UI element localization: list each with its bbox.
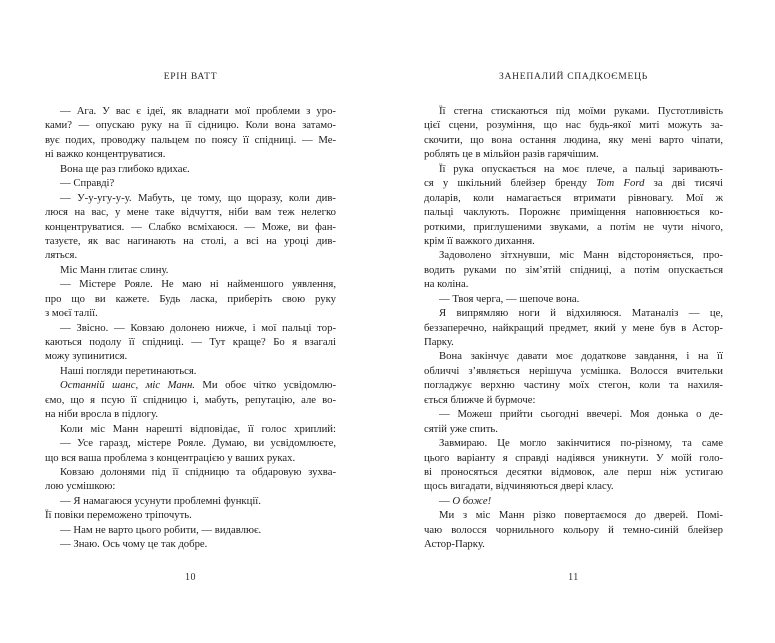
text-line: — Справді?: [45, 176, 336, 190]
page-right: ЗАНЕПАЛИЙ СПАДКОЄМЕЦЬ Її стегна стискают…: [424, 0, 723, 643]
text-line: Останній шанс, міс Манн. Ми обоє чітко у…: [45, 378, 336, 392]
text-line: пальці чаклують. Порожнє приміщення напо…: [424, 205, 723, 219]
text-line: — Містере Рояле. Не маю ні найменшого уя…: [45, 277, 336, 291]
text-line: — Твоя черга, — шепоче вона.: [424, 292, 723, 306]
page-left-text-block: — Ага. У вас є ідеї, як владнати мої про…: [45, 104, 336, 552]
text-line: роблять це в мільйон разів гарячішим.: [424, 147, 723, 161]
text-line: тазуєте, як вас нагинають на столі, а вс…: [45, 234, 336, 248]
text-line: ємо, що я псую її спідницю і, мабуть, ре…: [45, 393, 336, 407]
text-line: — Усе гаразд, містере Рояле. Думаю, ви у…: [45, 436, 336, 450]
text-line: водить руками по зім’ятій спідниці, а по…: [424, 263, 723, 277]
book-spread: ЕРІН ВАТТ — Ага. У вас є ідеї, як владна…: [0, 0, 775, 643]
page-left: ЕРІН ВАТТ — Ага. У вас є ідеї, як владна…: [45, 0, 336, 643]
text-line: Ковзаю долонями під її спідницю та обдар…: [45, 465, 336, 479]
text-line: Її повіки переможено тріпочуть.: [45, 508, 336, 522]
text-line: ся у шкільний блейзер бренду Tom Ford за…: [424, 176, 723, 190]
text-line: вує подих, проводжу пальцем по поясу її …: [45, 133, 336, 147]
text-line: каються подолу її спідниці. — Тут краще?…: [45, 335, 336, 349]
text-line: Я випрямляю ноги й відхиляюся. Матаналіз…: [424, 306, 723, 320]
text-line: — Ага. У вас є ідеї, як владнати мої про…: [45, 104, 336, 118]
text-line: беззаперечно, найкращий предмет, який у …: [424, 321, 723, 335]
text-line: — Нам не варто цього робити, — видавлює.: [45, 523, 336, 537]
text-line: на ніби вросла в підлогу.: [45, 407, 336, 421]
text-line: ляться.: [45, 248, 336, 262]
text-line: — Звісно. — Ковзаю долонею нижче, і мої …: [45, 321, 336, 335]
page-right-text-block: Її стегна стискаються під моїми руками. …: [424, 104, 723, 552]
text-line: — Можеш прийти сьогодні ввечері. Моя дон…: [424, 407, 723, 421]
text-line: Її стегна стискаються під моїми руками. …: [424, 104, 723, 118]
text-line: роткими, приглушеними звуками, а потім н…: [424, 220, 723, 234]
text-line: ками? — опускаю руку на її сідницю. Коли…: [45, 118, 336, 132]
running-header-title: ЗАНЕПАЛИЙ СПАДКОЄМЕЦЬ: [424, 71, 723, 82]
text-line: ні важко концентруватися.: [45, 147, 336, 161]
text-line: лою усмішкою:: [45, 479, 336, 493]
text-line: Задоволено зітхнувши, міс Манн відсторон…: [424, 248, 723, 262]
text-line: щось вигадати, відчиняються двері класу.: [424, 479, 723, 493]
text-line: ється ближче й бурмоче:: [424, 393, 723, 407]
text-line: — Я намагаюся усунути проблемні функції.: [45, 494, 336, 508]
text-line: концентруватися. — Слабко всміхаюся. — М…: [45, 220, 336, 234]
text-line: Вона закінчує давати моє додаткове завда…: [424, 349, 723, 363]
text-line: Парку.: [424, 335, 723, 349]
text-line: сятій уже спить.: [424, 422, 723, 436]
text-line: — У-у-угу-у-у. Мабуть, це тому, що щораз…: [45, 191, 336, 205]
page-number-right: 11: [424, 572, 723, 583]
text-line: Вона ще раз глибоко вдихає.: [45, 162, 336, 176]
text-line: на коліна.: [424, 277, 723, 291]
text-line: крім її важкого дихання.: [424, 234, 723, 248]
text-line: Астор-Парку.: [424, 537, 723, 551]
text-line: обличчі з’являється нерішуча усмішка. Во…: [424, 364, 723, 378]
text-line: Завмираю. Це могло закінчитися по-різном…: [424, 436, 723, 450]
text-line: цього варіанту я справді надіявся уникну…: [424, 451, 723, 465]
text-line: можу зупинитися.: [45, 349, 336, 363]
text-line: Коли міс Манн нарешті відповідає, її гол…: [45, 422, 336, 436]
text-line: Ми з міс Манн різко повертаємося до двер…: [424, 508, 723, 522]
text-line: погладжує верхню частину моїх стегон, ко…: [424, 378, 723, 392]
text-line: чаю волосся чорнильного кольору й темно-…: [424, 523, 723, 537]
text-line: — О боже!: [424, 494, 723, 508]
text-line: Наші погляди перетинаються.: [45, 364, 336, 378]
text-line: що вся ваша проблема з концентрацією у в…: [45, 451, 336, 465]
text-line: скочити, що вона остання людина, яку мен…: [424, 133, 723, 147]
text-line: — Знаю. Ось чому це так добре.: [45, 537, 336, 551]
page-number-left: 10: [45, 572, 336, 583]
text-line: Її рука опускається на моє плече, а паль…: [424, 162, 723, 176]
text-line: цієї сцени, розуміння, що нас будь-якої …: [424, 118, 723, 132]
text-line: ві проносяться десятки відмовок, але пер…: [424, 465, 723, 479]
text-line: люся на вас, у мене таке відчуття, ніби …: [45, 205, 336, 219]
text-line: про що ви кажете. Будь ласка, приберіть …: [45, 292, 336, 306]
running-header-author: ЕРІН ВАТТ: [45, 71, 336, 82]
text-line: з моєї талії.: [45, 306, 336, 320]
text-line: Міс Манн глитає слину.: [45, 263, 336, 277]
text-line: доларів, коли намагається втримати рівно…: [424, 191, 723, 205]
